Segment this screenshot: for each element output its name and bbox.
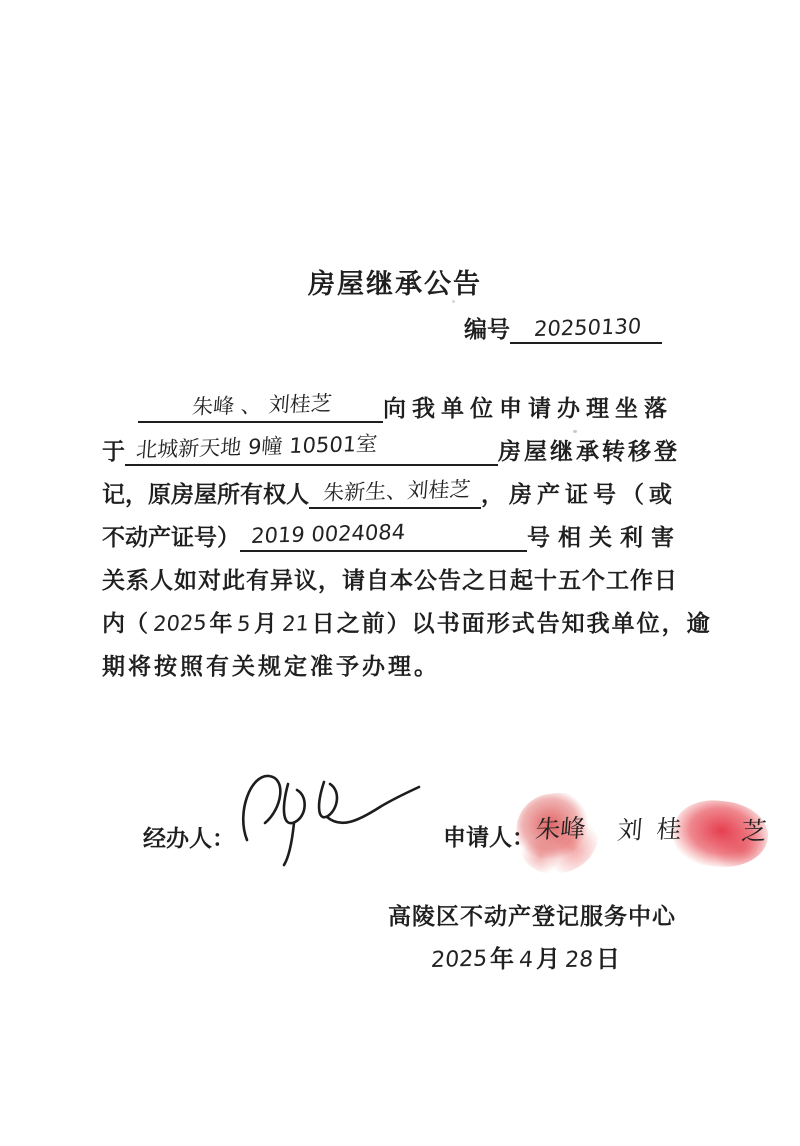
address-handwritten: 北城新天地 9幢 10501室: [135, 430, 378, 464]
line2-printed-text: 房屋继承转移登: [498, 437, 680, 466]
scan-speck: [573, 430, 577, 433]
line6-printed-text-c: 月: [254, 609, 277, 638]
cert-no-handwritten: 2019 0024084: [250, 519, 406, 550]
serial-row: 编号 20250130: [464, 311, 662, 344]
issue-year-handwritten: 2025: [430, 947, 488, 974]
line6-printed-text-d: 日之前）以书面形式告知我单位，逾: [312, 609, 712, 638]
line6-printed-text-a: 内（: [102, 609, 148, 638]
line4-printed-text-b: 号相关利害: [527, 523, 682, 552]
document-title: 房屋继承公告: [0, 262, 790, 301]
applicants-blank-line: 朱峰 、 刘桂芝: [138, 390, 383, 423]
deadline-year-handwritten: 2025: [152, 609, 208, 638]
line7-printed-text: 期将按照有关规定准予办理。: [102, 652, 440, 681]
body-line-6: 内（ 2025 年 5 月 21 日之前）以书面形式告知我单位，逾: [102, 604, 722, 638]
issue-month-label: 月: [536, 939, 560, 974]
handler-signature-scribble: [231, 766, 426, 870]
issue-day-handwritten: 28: [564, 947, 594, 974]
owners-handwritten: 朱新生、刘桂芝: [322, 476, 472, 507]
document-page: 房屋继承公告 编号 20250130 朱峰 、 刘桂芝 向我单位申请办理坐落 于…: [0, 0, 800, 1146]
issue-year-label: 年: [490, 939, 514, 974]
issue-month-handwritten: 4: [518, 948, 534, 974]
handler-label: 经办人：: [143, 820, 235, 853]
issue-date-row: 2025 年 4 月 28 日: [426, 939, 620, 974]
line5-printed-text: 关系人如对此有异议，请自本公告之日起十五个工作日: [102, 566, 678, 595]
line4-printed-text-a: 不动产证号）: [102, 523, 240, 552]
body-line-1: 朱峰 、 刘桂芝 向我单位申请办理坐落: [102, 389, 722, 423]
cert-no-blank-line: 2019 0024084: [240, 519, 527, 552]
body-line-7: 期将按照有关规定准予办理。: [102, 647, 722, 681]
line1-printed-text: 向我单位申请办理坐落: [383, 394, 673, 423]
applicants-handwritten: 朱峰 、 刘桂芝: [191, 390, 333, 421]
body-line-5: 关系人如对此有异议，请自本公告之日起十五个工作日: [102, 561, 722, 595]
serial-label: 编号: [464, 311, 510, 344]
body-line-3: 记，原房屋所有权人 朱新生、刘桂芝 ，房产证号（或: [102, 475, 722, 509]
deadline-month-handwritten: 5: [236, 610, 252, 638]
line2-prefix: 于: [102, 437, 125, 466]
address-blank-line: 北城新天地 9幢 10501室: [125, 433, 498, 466]
issue-day-label: 日: [596, 939, 620, 974]
body-line-2: 于 北城新天地 9幢 10501室 房屋继承转移登: [102, 432, 722, 466]
applicant2-signature-handwritten-part1: 刘桂: [616, 809, 697, 848]
line6-printed-text-b: 年: [209, 609, 232, 638]
issuing-org-name: 高陵区不动产登记服务中心: [388, 898, 676, 931]
serial-blank-line: 20250130: [510, 312, 662, 344]
serial-value-handwritten: 20250130: [533, 314, 642, 342]
scan-speck: [452, 300, 455, 303]
line3-printed-text-b: ，房产证号（或: [481, 480, 677, 509]
line3-printed-text-a: 记，原房屋所有权人: [102, 480, 309, 509]
body-line-4: 不动产证号） 2019 0024084 号相关利害: [102, 518, 722, 552]
deadline-day-handwritten: 21: [281, 610, 310, 638]
applicant1-signature-handwritten: 朱峰: [534, 809, 587, 847]
owners-blank-line: 朱新生、刘桂芝: [309, 476, 481, 509]
applicant2-signature-handwritten-part2: 芝: [740, 811, 768, 849]
